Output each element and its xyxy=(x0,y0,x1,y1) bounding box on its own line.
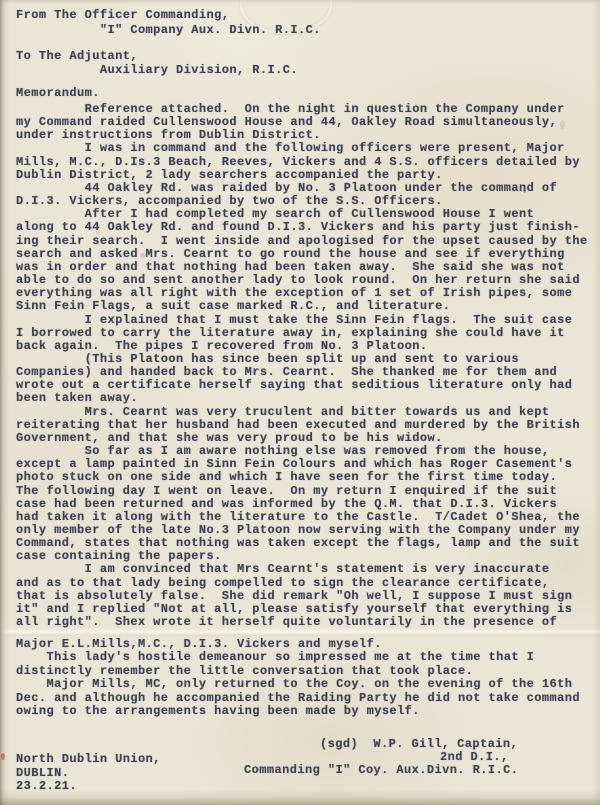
scanned-memo-page: From The Officer Commanding, "I" Company… xyxy=(0,0,600,805)
signature-commanding-line: Commanding "I" Coy. Aux.Divn. R.I.C. xyxy=(244,764,518,777)
from-line: From The Officer Commanding, xyxy=(16,8,229,22)
to-unit-line: Auxiliary Division, R.I.C. xyxy=(16,63,298,77)
scan-crease xyxy=(0,628,600,637)
memo-body-continued: Major E.L.Mills,M.C., D.I.3. Vickers and… xyxy=(16,638,580,718)
place-date-block: North Dublin Union, DUBLIN. 23.2.21. xyxy=(16,753,161,794)
memo-body: Reference attached. On the night in ques… xyxy=(16,103,588,629)
paper-stain xyxy=(1,753,5,760)
from-unit-line: "I" Company Aux. Divn. R.I.C. xyxy=(16,23,321,37)
to-line: To The Adjutant, xyxy=(16,49,138,63)
from-address-block: From The Officer Commanding, "I" Company… xyxy=(16,8,321,38)
memorandum-heading: Memorandum. xyxy=(16,87,100,100)
to-address-block: To The Adjutant, Auxiliary Division, R.I… xyxy=(16,49,298,77)
